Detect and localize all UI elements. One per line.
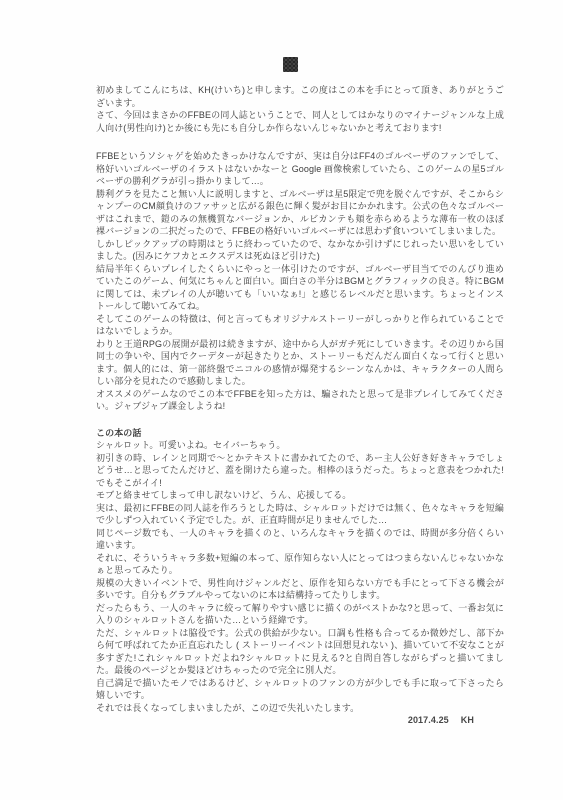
paragraph: しかしピックアップの時期はとうに終わっていたので、なかなか引けずにじれったい思い… — [96, 238, 504, 263]
paragraph: 実は、最初にFFBEの同人誌を作ろうとした時は、シャルロットだけでは無く、色々な… — [96, 502, 504, 527]
paragraph: それに、そういうキャラ多数+短編の本って、原作知らない人にとってはつまらないんじ… — [96, 552, 504, 577]
paragraph: オススメのゲームなのでこの本でFFBEを知った方は、騙されたと思って是非プレイし… — [96, 388, 504, 413]
paragraph: FFBEというソシャゲを始めたきっかけなんですが、実は自分はFF4のゴルベーザの… — [96, 150, 504, 188]
book-section: この本の話 シャルロット。可愛いよね。セイバーちゃう。 初引きの時、レインと同期… — [96, 427, 504, 715]
afterword-text: 初めましてこんにちは、KH(けいち)と申します。この度はこの本を手にとって頂き、… — [96, 84, 504, 727]
paragraph: そしてこのゲームの特徴は、何と言ってもオリジナルストーリーがしっかりと作られてい… — [96, 313, 504, 338]
paragraph: 規模の大きいイベントで、男性向けジャンルだと、原作を知らない方でも手にとって下さ… — [96, 577, 504, 602]
paragraph: 初引きの時、レインと同期で〜とかテキストに書かれてたので、あー主人公好き好きキャ… — [96, 452, 504, 490]
signoff-author-initials: KH — [461, 715, 474, 725]
intro-paragraph: さて、今回はまさかのFFBEの同人誌ということで、同人としてはかなりのマイナージ… — [96, 109, 504, 134]
scanned-afterword-page: 初めましてこんにちは、KH(けいち)と申します。この度はこの本を手にとって頂き、… — [0, 0, 563, 800]
paragraph: 勝利グラを見たこと無い人に説明しますと、ゴルベーザは星5限定で兜を脱ぐんですが、… — [96, 188, 504, 238]
paragraph: それでは長くなってしまいましたが、この辺で失礼いたします。 — [96, 702, 504, 715]
paragraph: 自己満足で描いたモノではあるけど、シャルロットのファンの方が少しでも手に取って下… — [96, 677, 504, 702]
paragraph: モブと絡ませてしまって申し訳ないけど、うん、応援してる。 — [96, 489, 504, 502]
paragraph: ただ、シャルロットは脇役です。公式の供給が少ない。口調も性格も合ってるか微妙だし… — [96, 627, 504, 677]
pixelated-mark-icon — [283, 57, 298, 72]
signoff-date: 2017.4.25 — [408, 715, 449, 725]
greeting-paragraph: 初めましてこんにちは、KH(けいち)と申します。この度はこの本を手にとって頂き、… — [96, 84, 504, 109]
signoff-line: 2017.4.25KH — [96, 714, 504, 727]
game-section: FFBEというソシャゲを始めたきっかけなんですが、実は自分はFF4のゴルベーザの… — [96, 150, 504, 413]
paragraph: わりと王道RPGの展開が最初は続きますが、途中から人がガチ死にしていきます。その… — [96, 338, 504, 388]
paragraph: だったらもう、一人のキャラに絞って解りやすい感じに描くのがベストかな?と思って、… — [96, 602, 504, 627]
paragraph: シャルロット。可愛いよね。セイバーちゃう。 — [96, 439, 504, 452]
paragraph: 同じページ数でも、一人のキャラを描くのと、いろんなキャラを描くのでは、時間が多分… — [96, 527, 504, 552]
paragraph: 結局半年くらいプレイしたくらいにやっと一体引けたのですが、ゴルベーザ目当てでのん… — [96, 263, 504, 313]
section-heading: この本の話 — [96, 427, 504, 440]
